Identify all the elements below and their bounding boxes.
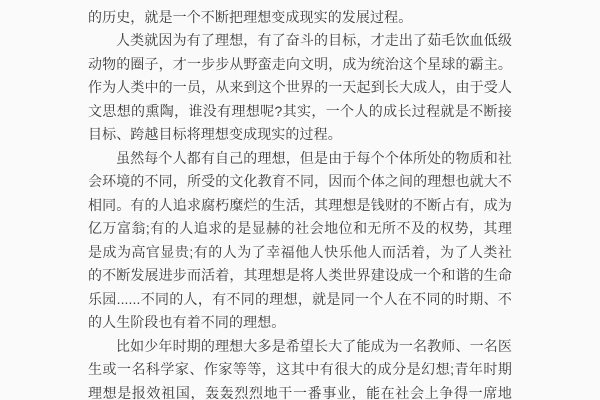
text-line: 亿万富翁;有的人追求的是显赫的社会地位和无所不及的权势，其理想	[88, 217, 512, 241]
text-line: 理想是什么?理想就是人生的奋斗目标。可以说人类	[88, 0, 512, 6]
text-line: 的不断发展进步而活着，其理想是将人类世界建设成一个和谐的生命	[88, 264, 512, 288]
text-line: 生或一名科学家、作家等等，这其中有很大的成分是幻想;青年时期的	[88, 358, 512, 382]
text-line: 目标、跨越目标将理想变成现实的过程。	[88, 123, 512, 147]
text-line: 的人生阶段也有着不同的理想。	[88, 311, 512, 335]
text-line: 虽然每个人都有自己的理想，但是由于每个个体所处的物质和社	[88, 147, 512, 171]
text-line: 会环境的不同，所受的文化教育不同，因而个体之间的理想也就大不	[88, 170, 512, 194]
text-line: 是成为高官显贵;有的人为了幸福他人快乐他人而活着，为了人类社会	[88, 241, 512, 265]
text-line: 人类就因为有了理想，有了奋斗的目标，才走出了茹毛饮血低级	[88, 29, 512, 53]
text-line: 作为人类中的一员，从来到这个世界的一天起到长大成人，由于受人	[88, 76, 512, 100]
text-line: 动物的圈子，才一步步从野蛮走向文明，成为统治这个星球的霸主。	[88, 53, 512, 77]
text-line: 比如少年时期的理想大多是希望长大了能成为一名教师、一名医	[88, 335, 512, 359]
text-line: 乐园......不同的人，有不同的理想，就是同一个人在不同的时期、不同	[88, 288, 512, 312]
text-line: 相同。有的人追求腐朽糜烂的生活，其理想是钱财的不断占有，成为	[88, 194, 512, 218]
text-line: 的历史，就是一个不断把理想变成现实的发展过程。	[88, 6, 512, 30]
text-line: 理想是报效祖国，轰轰烈烈地干一番事业，能在社会上争得一席地位;	[88, 382, 512, 400]
document-page: 理想是什么?理想就是人生的奋斗目标。可以说人类的历史，就是一个不断把理想变成现实…	[0, 0, 600, 400]
text-line: 文思想的熏陶，谁没有理想呢?其实，一个人的成长过程就是不断接近	[88, 100, 512, 124]
article-text-block: 理想是什么?理想就是人生的奋斗目标。可以说人类的历史，就是一个不断把理想变成现实…	[88, 0, 512, 400]
